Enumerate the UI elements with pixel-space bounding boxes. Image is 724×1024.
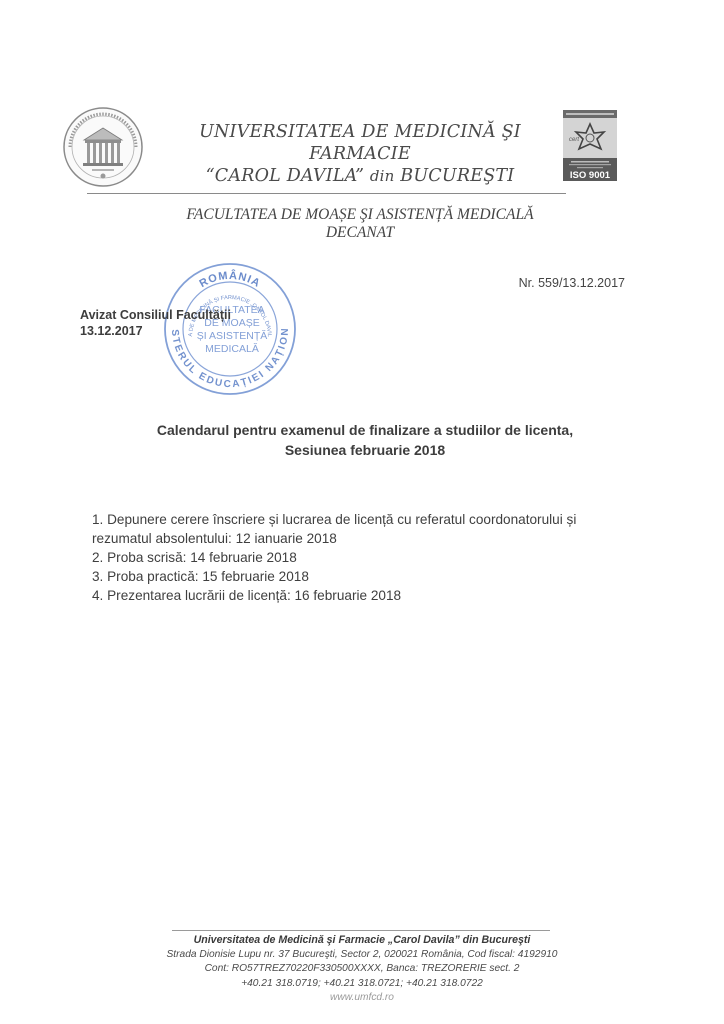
footer-website-link[interactable]: www.umfcd.ro [120,991,604,1006]
approval-note: Avizat Consiliul Facultății 13.12.2017 [80,307,231,339]
footer-university-name: Universitatea de Medicină şi Farmacie „C… [120,933,604,948]
university-name-line1: UNIVERSITATEA DE MEDICINĂ ŞI FARMACIE [150,121,570,165]
svg-text:cert: cert [569,137,579,143]
schedule-item: 3. Proba practică: 15 februarie 2018 [92,567,652,586]
schedule-item-text: 3. Proba practică: 15 februarie 2018 [92,567,652,586]
footer-bank-account: Cont: RO57TREZ70220F330500XXXX, Banca: T… [120,962,604,977]
faculty-header: FACULTATEA DE MOAȘE ŞI ASISTENȚĂ MEDICAL… [140,206,580,242]
svg-text:ROMÂNIA: ROMÂNIA [197,269,262,290]
document-title-line2: Sesiunea februarie 2018 [110,440,620,460]
schedule-item-text-continued: rezumatul absolentului: 12 ianuarie 2018 [92,529,652,548]
faculty-name: FACULTATEA DE MOAȘE ŞI ASISTENȚĂ MEDICAL… [140,206,580,224]
document-title-line1: Calendarul pentru examenul de finalizare… [110,420,620,440]
footer-address: Strada Dionisie Lupu nr. 37 Bucureşti, S… [120,948,604,963]
schedule-item-text: 4. Prezentarea lucrării de licență: 16 f… [92,586,652,605]
faculty-department: DECANAT [140,224,580,242]
exam-schedule-list: 1. Depunere cerere înscriere și lucrarea… [92,510,652,605]
approval-date: 13.12.2017 [80,323,231,339]
university-name-line2: “CAROL DAVILA” din BUCUREŞTI [150,165,570,187]
schedule-item: 2. Proba scrisă: 14 februarie 2018 [92,548,652,567]
university-din: din [370,167,395,185]
document-title: Calendarul pentru examenul de finalizare… [110,420,620,460]
page-footer: Universitatea de Medicină şi Farmacie „C… [120,933,604,1006]
university-city: BUCUREŞTI [400,166,514,186]
header-divider [87,193,566,194]
footer-divider [172,930,550,931]
stamp-center-line: MEDICALĂ [205,342,259,355]
university-seal-icon [62,106,144,188]
reference-number: Nr. 559/13.12.2017 [480,276,625,290]
approval-label: Avizat Consiliul Facultății [80,307,231,323]
stamp-outer-top: ROMÂNIA [197,269,262,290]
iso-label: ISO 9001 [570,170,611,181]
schedule-item-text: 2. Proba scrisă: 14 februarie 2018 [92,548,652,567]
schedule-item-text: 1. Depunere cerere înscriere și lucrarea… [92,510,652,529]
university-quoted-name: “CAROL DAVILA” [206,166,364,186]
iso-certification-logo-icon: cert ISO 9001 [563,110,617,181]
footer-phones: +40.21 318.0719; +40.21 318.0721; +40.21… [120,977,604,992]
schedule-item: 1. Depunere cerere înscriere și lucrarea… [92,510,652,548]
schedule-item: 4. Prezentarea lucrării de licență: 16 f… [92,586,652,605]
university-name: UNIVERSITATEA DE MEDICINĂ ŞI FARMACIE “C… [150,121,570,187]
